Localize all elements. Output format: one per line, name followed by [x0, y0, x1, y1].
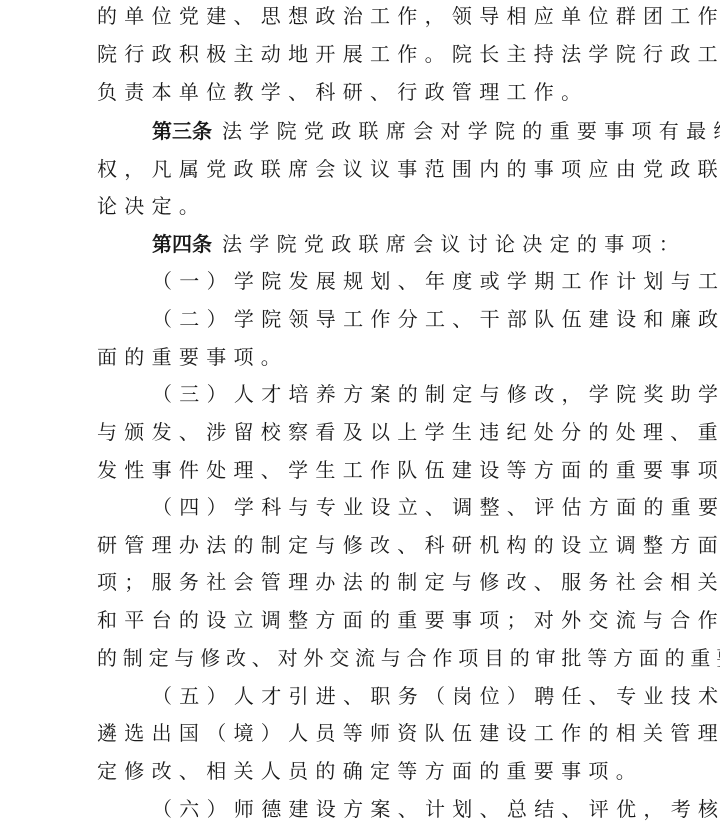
article-heading: 第三条 — [152, 119, 212, 143]
text-line: （一）学院发展规划、年度或学期工作计划与工作总结。 — [97, 266, 680, 296]
text-line: （四）学科与专业设立、调整、评估方面的重要事项；科 — [97, 492, 680, 522]
article-3-line: 第三条法学院党政联席会对学院的重要事项有最终决策 — [97, 116, 680, 146]
text-line: 和平台的设立调整方面的重要事项；对外交流与合作管理办法 — [97, 605, 625, 635]
text-line: 负责本单位教学、科研、行政管理工作。 — [97, 77, 625, 107]
text-line: 遴选出国（境）人员等师资队伍建设工作的相关管理办法的制 — [97, 718, 625, 748]
text-line: 与颁发、涉留校察看及以上学生违纪处分的处理、重大学生突 — [97, 417, 625, 447]
text-line: 权，凡属党政联席会议议事范围内的事项应由党政联席会议讨 — [97, 154, 625, 184]
text-line: 项；服务社会管理办法的制定与修改、服务社会相关工作机构 — [97, 567, 625, 597]
text-line: 的制定与修改、对外交流与合作项目的审批等方面的重要事项。 — [97, 643, 625, 673]
text-line: 定修改、相关人员的确定等方面的重要事项。 — [97, 756, 625, 786]
text-line: （三）人才培养方案的制定与修改，学院奖助学金的设立 — [97, 379, 680, 409]
article-4-line: 第四条法学院党政联席会议讨论决定的事项： — [97, 229, 680, 259]
text-line: （五）人才引进、职务（岗位）聘任、专业技术职务评审、 — [97, 681, 680, 711]
text-line: 院行政积极主动地开展工作。院长主持法学院行政工作，全面 — [97, 39, 625, 69]
text-line: 面的重要事项。 — [97, 342, 625, 372]
text-line: 发性事件处理、学生工作队伍建设等方面的重要事项。 — [97, 455, 625, 485]
text-line: 研管理办法的制定与修改、科研机构的设立调整方面的重要事 — [97, 530, 625, 560]
article-heading: 第四条 — [152, 232, 212, 256]
text-line: （六）师德建设方案、计划、总结、评优，考核评优办法 — [97, 794, 680, 824]
text-line: （二）学院领导工作分工、干部队伍建设和廉政建设等方 — [97, 304, 680, 334]
text-line: 论决定。 — [97, 191, 625, 221]
text-line: 的单位党建、思想政治工作，领导相应单位群团工作，支持学 — [97, 1, 625, 31]
text-span: 法学院党政联席会议讨论决定的事项： — [222, 232, 686, 256]
text-span: 法学院党政联席会对学院的重要事项有最终决策 — [222, 119, 720, 143]
